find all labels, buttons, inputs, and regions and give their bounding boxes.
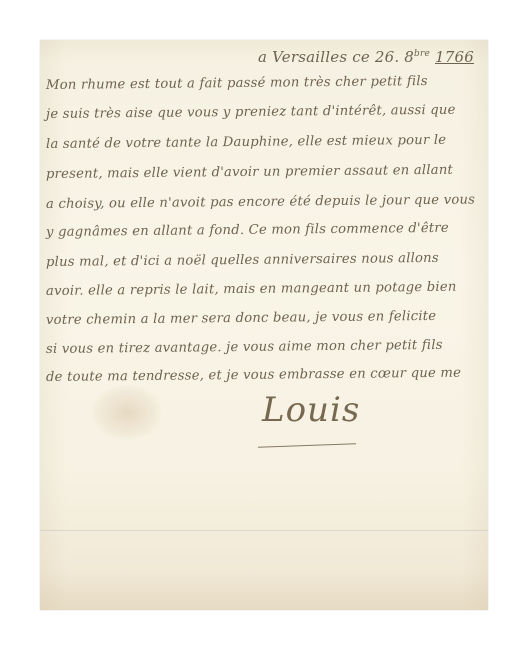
dateline-place: a Versailles ce 26. 8 — [258, 48, 414, 66]
letter-line: avoir. elle a repris le lait, mais en ma… — [46, 280, 457, 299]
paper-wear — [40, 570, 488, 610]
letter-line: a choisy, ou elle n'avoit pas encore été… — [46, 193, 475, 212]
letter-line: present, mais elle vient d'avoir un prem… — [46, 163, 453, 182]
letter-line: si vous en tirez avantage. je vous aime … — [46, 338, 443, 357]
letter-line: je suis très aise que vous y preniez tan… — [46, 103, 456, 122]
signature-underline — [258, 443, 356, 447]
letter-paper: a Versailles ce 26. 8bre 1766 Mon rhume … — [40, 40, 488, 610]
letter-line: votre chemin a la mer sera donc beau, je… — [46, 309, 436, 328]
dateline-year: 1766 — [435, 48, 474, 66]
paper-stain — [92, 385, 162, 440]
letter-line: Mon rhume est tout a fait passé mon très… — [46, 74, 428, 93]
dateline: a Versailles ce 26. 8bre 1766 — [258, 48, 474, 66]
signature: Louis — [262, 390, 360, 430]
letter-line: la santé de votre tante la Dauphine, ell… — [46, 133, 446, 152]
letter-line: y gagnâmes en allant a fond. Ce mon fils… — [46, 221, 449, 240]
letter-line: plus mal, et d'ici a noël quelles annive… — [46, 251, 439, 270]
fold-crease — [40, 530, 488, 532]
letter-line: de toute ma tendresse, et je vous embras… — [46, 366, 461, 385]
dateline-month-superscript: bre — [414, 49, 430, 59]
